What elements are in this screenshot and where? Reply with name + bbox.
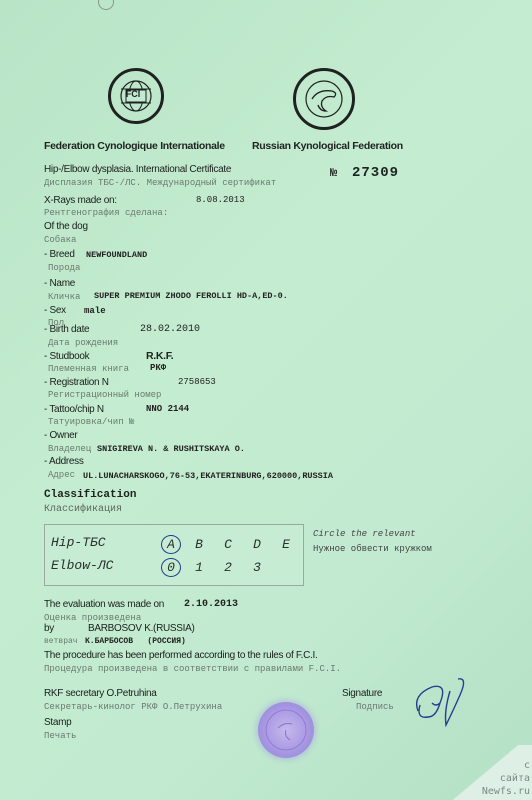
evaluation-label-ru: Оценка произведена bbox=[44, 613, 141, 623]
hip-grades: ABCDE bbox=[161, 537, 301, 555]
signature-label-en: Signature bbox=[342, 688, 382, 699]
owner-label-ru: Владелец bbox=[48, 444, 91, 454]
secretary-ru: Секретарь-кинолог РКФ О.Петрухина bbox=[44, 702, 222, 712]
org-right: Russian Kynological Federation bbox=[252, 140, 403, 152]
dog-section-ru: Собака bbox=[44, 235, 76, 245]
hip-grade-b: B bbox=[190, 537, 208, 552]
stamp-label-ru: Печать bbox=[44, 731, 76, 741]
elbow-grade-1: 1 bbox=[190, 560, 208, 575]
procedure-ru: Процедура произведена в соответствии с п… bbox=[44, 664, 341, 674]
hip-grade-d: D bbox=[248, 537, 266, 552]
breed-label-en: - Breed bbox=[44, 249, 75, 260]
tattoo-value: NNO 2144 bbox=[146, 404, 189, 414]
title-ru: Дисплазия ТБС-/ЛС. Международный сертифи… bbox=[44, 178, 276, 188]
sex-label-en: - Sex bbox=[44, 305, 66, 316]
elbow-grade-0-selected: 0 bbox=[161, 558, 181, 577]
secretary-en: RKF secretary O.Petruhina bbox=[44, 688, 157, 699]
vet-ru: К.БАРБОСОВ (РОССИЯ) bbox=[85, 637, 186, 646]
dog-section-en: Of the dog bbox=[44, 221, 88, 232]
classification-title-en: Classification bbox=[44, 489, 136, 501]
evaluation-label-en: The evaluation was made on bbox=[44, 599, 164, 610]
owner-value: SNIGIREVA N. & RUSHITSKAYA O. bbox=[97, 444, 245, 454]
xray-date: 8.08.2013 bbox=[196, 195, 245, 205]
breed-label-ru: Порода bbox=[48, 263, 80, 273]
evaluation-date: 2.10.2013 bbox=[184, 599, 238, 610]
hip-grade-e: E bbox=[277, 537, 295, 552]
address-value: UL.LUNACHARSKOGO,76-53,EKATERINBURG,6200… bbox=[83, 471, 333, 481]
elbow-grade-3: 3 bbox=[248, 560, 266, 575]
sex-value: male bbox=[84, 306, 106, 316]
elbow-grades: 0123 bbox=[161, 560, 301, 578]
studbook-value-en: R.K.F. bbox=[146, 350, 173, 362]
registration-label-en: - Registration N bbox=[44, 377, 109, 388]
stamp-label-en: Stamp bbox=[44, 717, 71, 728]
breed-value: NEWFOUNDLAND bbox=[86, 250, 147, 260]
stamp-dog-head-icon bbox=[258, 702, 314, 758]
studbook-label-en: - Studbook bbox=[44, 351, 89, 362]
signature-icon bbox=[410, 673, 470, 733]
name-value: SUPER PREMIUM ZHODO FEROLLI HD-A,ED-0. bbox=[94, 291, 288, 301]
classification-title-ru: Классификация bbox=[44, 504, 122, 515]
by-label-ru: ветврач bbox=[44, 637, 78, 646]
circle-note-ru: Нужное обвести кружком bbox=[313, 544, 432, 554]
xray-label-ru: Рентгенография сделана: bbox=[44, 208, 168, 218]
tattoo-label-en: - Tattoo/chip N bbox=[44, 404, 104, 415]
watermark: с сайта Newfs.ru bbox=[452, 745, 532, 800]
elbow-label: Elbow-ЛС bbox=[51, 558, 113, 573]
watermark-line-2: сайта bbox=[482, 772, 530, 785]
procedure-en: The procedure has been performed accordi… bbox=[44, 650, 317, 661]
hip-label: Hip-ТБС bbox=[51, 535, 106, 550]
certificate-number-symbol: № bbox=[330, 166, 338, 180]
hip-grade-a-selected: A bbox=[161, 535, 181, 554]
rkf-logo bbox=[293, 68, 355, 130]
registration-value: 2758653 bbox=[178, 377, 216, 387]
circle-note-en: Circle the relevant bbox=[313, 529, 416, 539]
org-left: Federation Cynologique Internationale bbox=[44, 140, 225, 152]
address-label-en: - Address bbox=[44, 456, 84, 467]
studbook-label-ru: Племенная книга bbox=[48, 364, 129, 374]
classification-box: Hip-ТБС Elbow-ЛС ABCDE 0123 bbox=[44, 524, 304, 586]
signature-label-ru: Подпись bbox=[356, 702, 394, 712]
fci-logo-text: FCI bbox=[111, 89, 155, 99]
hip-grade-c: C bbox=[219, 537, 237, 552]
pen-mark bbox=[98, 0, 114, 10]
watermark-line-1: с bbox=[482, 759, 530, 772]
birth-date-label-ru: Дата рождения bbox=[48, 338, 118, 348]
birth-date-label-en: - Birth date bbox=[44, 324, 89, 335]
elbow-grade-2: 2 bbox=[219, 560, 237, 575]
by-label-en: by bbox=[44, 623, 54, 634]
birth-date-value: 28.02.2010 bbox=[140, 324, 200, 335]
address-label-ru: Адрес bbox=[48, 470, 75, 480]
title-en: Hip-/Elbow dysplasia. International Cert… bbox=[44, 164, 231, 175]
official-stamp bbox=[258, 702, 314, 758]
registration-label-ru: Регистрационный номер bbox=[48, 390, 161, 400]
xray-label-en: X-Rays made on: bbox=[44, 195, 117, 206]
owner-label-en: - Owner bbox=[44, 430, 77, 441]
name-label-ru: Кличка bbox=[48, 292, 80, 302]
vet-en: BARBOSOV K.(RUSSIA) bbox=[88, 623, 195, 634]
certificate-number: 27309 bbox=[352, 165, 399, 181]
fci-logo: FCI bbox=[108, 68, 164, 124]
rkf-dog-head-icon bbox=[296, 71, 352, 127]
studbook-value-ru: РКФ bbox=[150, 363, 166, 373]
tattoo-label-ru: Татуировка/чип № bbox=[48, 417, 134, 427]
watermark-line-3: Newfs.ru bbox=[482, 785, 530, 798]
name-label-en: - Name bbox=[44, 278, 75, 289]
